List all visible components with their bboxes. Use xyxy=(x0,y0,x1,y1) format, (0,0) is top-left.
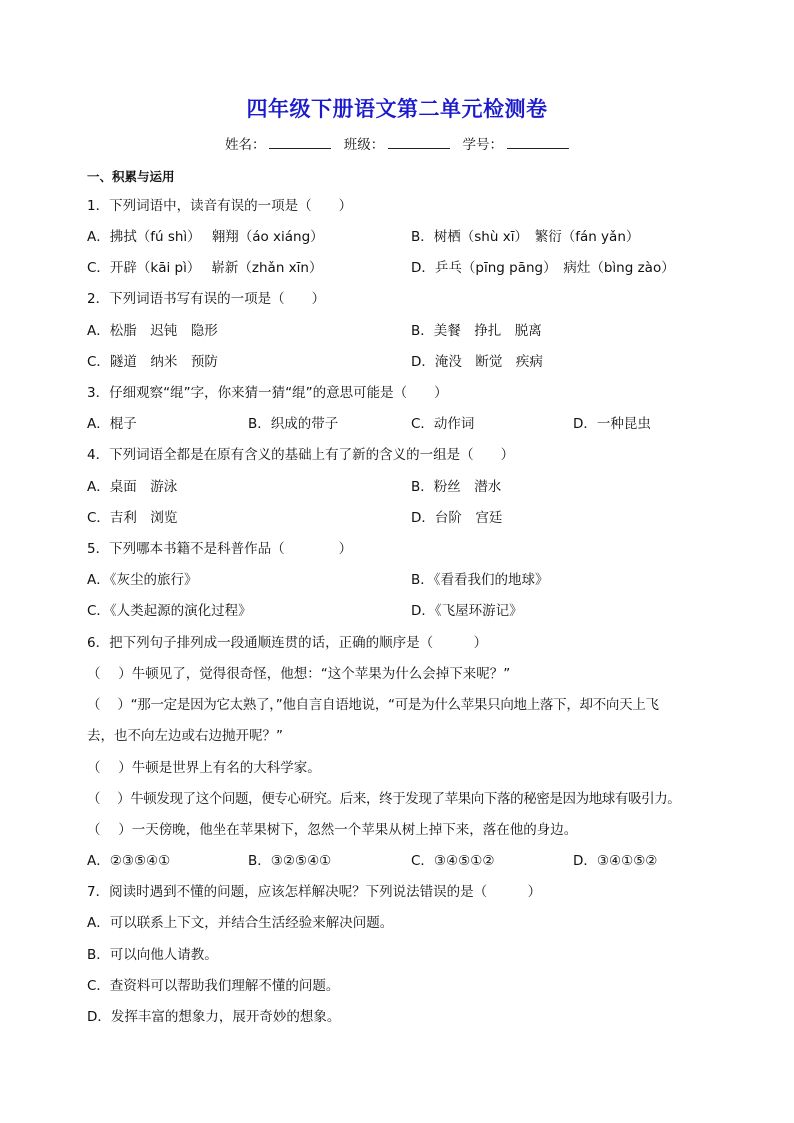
question-4-option-a[interactable]: A．桌面 游泳 xyxy=(87,478,177,496)
question-4-option-b[interactable]: B．粉丝 潜水 xyxy=(411,478,501,496)
question-2-option-d[interactable]: D．淹没 断觉 疾病 xyxy=(411,353,543,371)
question-4-option-d[interactable]: D．台阶 宫廷 xyxy=(411,509,502,527)
question-6-option-c[interactable]: C．③④⑤①② xyxy=(411,852,494,870)
page-title: 四年级下册语文第二单元检测卷 xyxy=(0,93,794,123)
question-2-option-c[interactable]: C．隧道 纳米 预防 xyxy=(87,353,218,371)
question-6-sentence-4: （ ）牛顿发现了这个问题，便专心研究。后来，终于发现了苹果向下落的秘密是因为地球… xyxy=(87,790,680,808)
question-6-option-b[interactable]: B．③②⑤④① xyxy=(248,852,331,870)
question-3-option-c[interactable]: C．动作词 xyxy=(411,415,474,433)
question-5-option-b[interactable]: B．《看看我们的地球》 xyxy=(411,571,549,589)
name-label: 姓名： xyxy=(225,137,266,153)
question-7-stem: 7．阅读时遇到不懂的问题，应该怎样解决呢？下列说法错误的是（ ） xyxy=(87,883,541,901)
question-7-option-b[interactable]: B．可以向他人请教。 xyxy=(87,946,218,964)
question-6-option-a[interactable]: A．②③⑤④① xyxy=(87,852,170,870)
question-6-sentence-1: （ ）牛顿见了，觉得很奇怪，他想：“这个苹果为什么会掉下来呢？” xyxy=(87,665,510,683)
question-6-sentence-5: （ ）一天傍晚，他坐在苹果树下，忽然一个苹果从树上掉下来，落在他的身边。 xyxy=(87,821,577,839)
question-1-option-a[interactable]: A．拂拭（fú shì） 翱翔（áo xiáng） xyxy=(87,228,324,246)
question-6-sentence-2: （ ）“那一定是因为它太熟了，”他自言自语地说，“可是为什么苹果只向地上落下，却… xyxy=(87,696,659,714)
exam-page: 四年级下册语文第二单元检测卷 姓名： 班级： 学号： 一、积累与运用 1．下列词… xyxy=(0,0,794,1123)
question-2-option-b[interactable]: B．美餐 挣扎 脱离 xyxy=(411,322,542,340)
number-blank[interactable] xyxy=(507,135,569,149)
question-2-stem: 2．下列词语书写有误的一项是（ ） xyxy=(87,290,325,308)
question-2-option-a[interactable]: A．松脂 迟钝 隐形 xyxy=(87,322,218,340)
question-6-option-d[interactable]: D．③④①⑤② xyxy=(573,852,657,870)
class-blank[interactable] xyxy=(388,135,450,149)
question-6-stem: 6．把下列句子排列成一段通顺连贯的话，正确的顺序是（ ） xyxy=(87,634,487,652)
question-5-option-a[interactable]: A．《灰尘的旅行》 xyxy=(87,571,198,589)
question-5-option-d[interactable]: D．《飞屋环游记》 xyxy=(411,602,523,620)
question-4-stem: 4．下列词语全都是在原有含义的基础上有了新的含义的一组是（ ） xyxy=(87,446,514,464)
question-5-option-c[interactable]: C．《人类起源的演化过程》 xyxy=(87,602,252,620)
class-label: 班级： xyxy=(344,137,385,153)
question-3-option-b[interactable]: B．织成的带子 xyxy=(248,415,338,433)
question-7-option-a[interactable]: A．可以联系上下文，并结合生活经验来解决问题。 xyxy=(87,914,393,932)
question-4-option-c[interactable]: C．吉利 浏览 xyxy=(87,509,177,527)
question-7-option-d[interactable]: D．发挥丰富的想象力，展开奇妙的想象。 xyxy=(87,1008,340,1026)
question-1-stem: 1．下列词语中，读音有误的一项是（ ） xyxy=(87,197,352,215)
name-blank[interactable] xyxy=(269,135,331,149)
number-field[interactable]: 学号： xyxy=(463,133,570,153)
number-label: 学号： xyxy=(463,137,504,153)
question-6-sentence-3: （ ）牛顿是世界上有名的大科学家。 xyxy=(87,759,321,777)
question-3-option-d[interactable]: D．一种昆虫 xyxy=(573,415,651,433)
question-3-stem: 3．仔细观察“绲”字，你来猜一猜“绲”的意思可能是（ ） xyxy=(87,384,448,402)
question-3-option-a[interactable]: A．棍子 xyxy=(87,415,137,433)
student-info-row: 姓名： 班级： 学号： xyxy=(0,133,794,153)
question-1-option-c[interactable]: C．开辟（kāi pì） 崭新（zhǎn xīn） xyxy=(87,259,322,277)
question-5-stem: 5．下列哪本书籍不是科普作品（ ） xyxy=(87,540,352,558)
class-field[interactable]: 班级： xyxy=(344,133,451,153)
question-1-option-d[interactable]: D．乒乓（pīng pāng） 病灶（bìng zào） xyxy=(411,259,675,277)
section-heading: 一、积累与运用 xyxy=(87,167,175,185)
name-field[interactable]: 姓名： xyxy=(225,133,332,153)
question-1-option-b[interactable]: B．树栖（shù xī） 繁衍（fán yǎn） xyxy=(411,228,639,246)
question-6-sentence-2-cont: 去，也不向左边或右边抛开呢？” xyxy=(87,727,283,745)
question-7-option-c[interactable]: C．查资料可以帮助我们理解不懂的问题。 xyxy=(87,977,339,995)
